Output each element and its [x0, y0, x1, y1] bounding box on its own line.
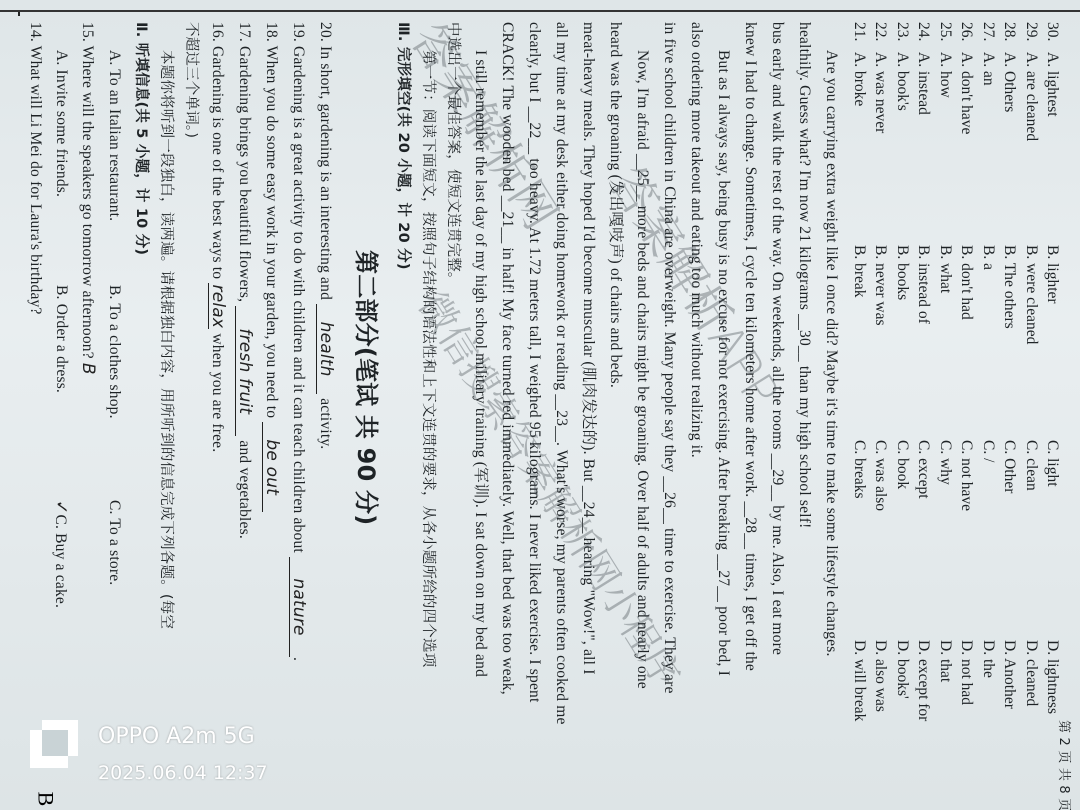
q16-text: 16. Gardening is one of the best ways to	[209, 22, 226, 279]
option-number: 21.	[850, 22, 868, 41]
option-b: B. instead of	[915, 245, 933, 324]
passage-line: in five school children in China are ove…	[660, 22, 678, 694]
option-c: C. breaks	[850, 440, 868, 499]
option-b: B. a	[979, 245, 997, 270]
q19-text: 19. Gardening is a great activity to do …	[290, 22, 307, 553]
check-mark-icon: ✓	[51, 500, 71, 514]
passage-line: clearly, but I __22__ too heavy. At 1.72…	[525, 22, 543, 703]
section-2-instructions: 本题你将听到一段独白，读两遍。请根据独白内容，用所听到的信息完成下列各题。(每空	[157, 50, 175, 629]
q17-answer: fresh fruit	[235, 306, 254, 436]
page-edge-line	[0, 10, 1080, 12]
q14-option-c: C. Buy a cake.	[52, 514, 69, 608]
q15-option-c: C. To a store.	[105, 500, 123, 585]
option-d: D. cleaned	[1022, 640, 1040, 706]
option-d: D. the	[979, 640, 997, 678]
option-a: A. Others	[1001, 52, 1019, 112]
option-b: B. The others	[1001, 245, 1019, 329]
q16-text-end: when you are free.	[209, 333, 226, 452]
passage-line: bus early and walk the rest of the way. …	[768, 22, 786, 655]
option-c: C. book	[893, 440, 911, 489]
option-number: 24.	[915, 22, 933, 41]
option-b: B. lighter	[1044, 245, 1062, 304]
option-number: 23.	[893, 22, 911, 41]
option-number: 26.	[958, 22, 976, 41]
option-a: A. how	[936, 52, 954, 98]
q16-answer: relax	[208, 283, 227, 329]
q20-answer: health	[316, 304, 335, 394]
q19-text-end: .	[290, 657, 307, 661]
q15-option-b: B. To a clothes shop.	[105, 285, 123, 419]
q15-answer: B	[78, 363, 98, 375]
option-a: A. lightest	[1044, 52, 1062, 117]
passage-line: all my time at my desk either doing home…	[552, 22, 570, 725]
option-c: C. /	[979, 440, 997, 462]
option-a: A. an	[979, 52, 997, 86]
q15-option-a: A. To an Italian restaurant.	[105, 50, 123, 221]
option-c: C. why	[936, 440, 954, 485]
q17-text-end: and vegetables.	[236, 440, 253, 539]
option-a: A. broke	[850, 52, 868, 106]
page-footer: 第 2 页 共 8 页	[1054, 720, 1072, 810]
q18-text: 18. When you do some easy work in your g…	[263, 22, 280, 418]
camera-model: OPPO A2m 5G	[98, 724, 255, 749]
option-b: B. break	[850, 245, 868, 298]
option-d: D. Another	[1001, 640, 1019, 709]
option-d: D. also was	[872, 640, 890, 712]
option-c: C. clean	[1022, 440, 1040, 491]
camera-timestamp: 2025.06.04 12:37	[98, 762, 268, 784]
option-number: 29.	[1022, 22, 1040, 41]
option-d: D. lightness	[1044, 640, 1062, 714]
option-number: 22.	[872, 22, 890, 41]
q18-answer: be out	[262, 422, 281, 512]
q14-option-a: A. Invite some friends.	[52, 50, 70, 197]
part-2-title: 第二部分(笔试 共 90 分)	[357, 250, 375, 525]
option-d: D. except for	[915, 640, 933, 721]
section-2-instructions-2: 不超过三个单词。)	[182, 22, 200, 138]
option-b: B. were cleaned	[1022, 245, 1040, 344]
option-a: A. instead	[915, 52, 933, 115]
camera-logo-icon	[28, 720, 78, 770]
question-15: 15. Where will the speakers go tomorrow …	[79, 22, 96, 359]
exam-paper: 14. What will Li Mei do for Laura's birt…	[0, 0, 1080, 810]
option-number: 27.	[979, 22, 997, 41]
option-b: B. don't had	[958, 245, 976, 320]
option-c: C. light	[1044, 440, 1062, 487]
q17-text: 17. Gardening brings you beautiful flowe…	[236, 22, 253, 302]
question-14: 14. What will Li Mei do for Laura's birt…	[26, 22, 44, 315]
option-b: B. never was	[872, 245, 890, 326]
option-a: A. book's	[893, 52, 911, 111]
q20-text: 20. In short, gardening is an interestin…	[317, 22, 334, 300]
option-d: D. will break	[850, 640, 868, 721]
q14-option-b: B. Order a dress.	[52, 285, 70, 393]
section-3-instructions: 第一节：阅读下面短文，按照句子结构的语法性和上下文连贯的要求，从各小题所给的四个…	[419, 50, 437, 667]
passage-line: healthily. Guess what? I'm now 21 kilogr…	[795, 22, 813, 528]
option-c: C. Other	[1001, 440, 1019, 493]
option-a: A. are cleaned	[1022, 52, 1040, 141]
option-number: 30.	[1044, 22, 1062, 41]
option-number: 25.	[936, 22, 954, 41]
option-c: C. not have	[958, 440, 976, 511]
option-number: 28.	[1001, 22, 1019, 41]
option-b: B. books	[893, 245, 911, 300]
option-d: D. that	[936, 640, 954, 682]
option-a: A. was never	[872, 52, 890, 133]
option-a: A. don't have	[958, 52, 976, 134]
edge-letter: B	[32, 792, 58, 807]
option-d: D. books'	[893, 640, 911, 699]
option-c: C. except	[915, 440, 933, 499]
option-d: D. not had	[958, 640, 976, 705]
option-b: B. what	[936, 245, 954, 293]
q19-answer: nature	[289, 557, 308, 657]
passage-line: Are you carrying extra weight like I onc…	[822, 50, 840, 657]
q20-text-end: activity.	[317, 398, 334, 449]
option-c: C. was also	[872, 440, 890, 511]
section-2-title: Ⅱ. 听填信息(共 5 小题，计 10 分)	[132, 22, 150, 255]
